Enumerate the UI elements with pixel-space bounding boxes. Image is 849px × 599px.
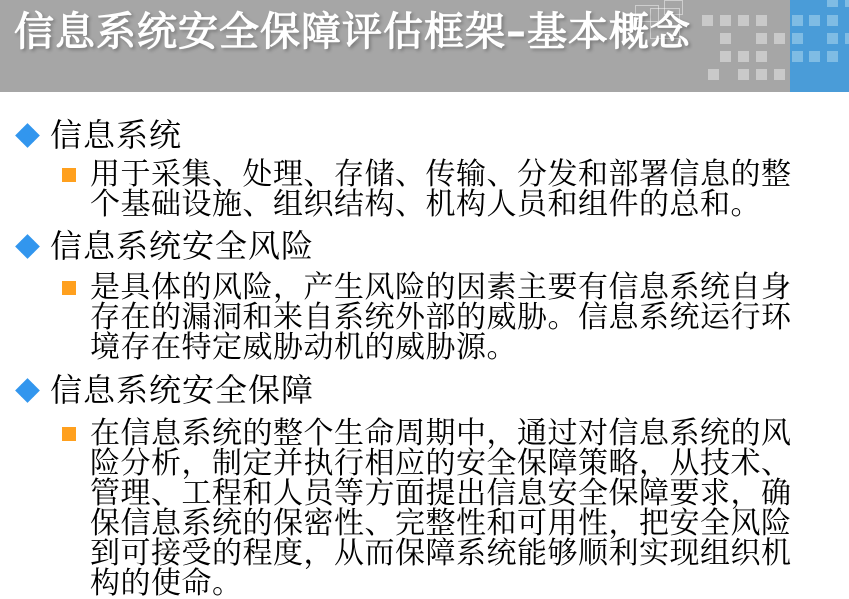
decor-square-blue	[827, 33, 838, 44]
header: 信息系统安全保障评估框架–基本概念	[0, 0, 849, 92]
section-detail-text: 是具体的风险，产生风险的因素主要有信息系统自身 存在的漏洞和来自系统外部的威胁。…	[90, 273, 849, 363]
decor-square-blue	[792, 33, 803, 44]
section-detail: 在信息系统的整个生命周期中，通过对信息系统的风 险分析，制定并执行相应的安全保障…	[62, 419, 849, 599]
section-heading-text: 信息系统	[50, 118, 182, 152]
diamond-bullet-icon	[16, 379, 38, 401]
section-detail-text: 在信息系统的整个生命周期中，通过对信息系统的风 险分析，制定并执行相应的安全保障…	[90, 419, 849, 599]
decor-square-blue	[809, 15, 820, 26]
decor-square-gray	[774, 69, 785, 80]
section-heading: 信息系统安全保障	[16, 373, 314, 407]
section-detail: 是具体的风险，产生风险的因素主要有信息系统自身 存在的漏洞和来自系统外部的威胁。…	[62, 273, 849, 363]
decor-square-gray	[756, 69, 767, 80]
decor-square-gray	[774, 33, 785, 44]
decor-square-gray	[708, 69, 719, 80]
decor-square-blue	[809, 51, 820, 62]
decor-square-blue	[792, 51, 803, 62]
section-detail: 用于采集、处理、存储、传输、分发和部署信息的整 个基础设施、组织结构、机构人员和…	[62, 160, 849, 220]
slide: 信息系统安全保障评估框架–基本概念 信息系统 用于采集、处理、存储、传输、分发和…	[0, 0, 849, 599]
section-heading-text: 信息系统安全风险	[50, 229, 314, 263]
decor-square-blue	[792, 15, 803, 26]
square-bullet-icon	[62, 281, 76, 295]
section-heading-text: 信息系统安全保障	[50, 373, 314, 407]
section-heading: 信息系统安全风险	[16, 229, 314, 263]
decor-square-blue	[845, 33, 849, 44]
diamond-bullet-icon	[16, 124, 38, 146]
section-heading: 信息系统	[16, 118, 182, 152]
diamond-bullet-icon	[16, 235, 38, 257]
decor-square-blue	[827, 0, 838, 7]
decor-square-blue	[827, 51, 838, 62]
square-bullet-icon	[62, 427, 76, 441]
decor-square-blue	[845, 0, 849, 7]
decor-square-blue	[827, 15, 838, 26]
slide-title: 信息系统安全保障评估框架–基本概念	[14, 8, 774, 56]
section-detail-text: 用于采集、处理、存储、传输、分发和部署信息的整 个基础设施、组织结构、机构人员和…	[90, 160, 849, 220]
decor-square-gray	[738, 69, 749, 80]
square-bullet-icon	[62, 168, 76, 182]
